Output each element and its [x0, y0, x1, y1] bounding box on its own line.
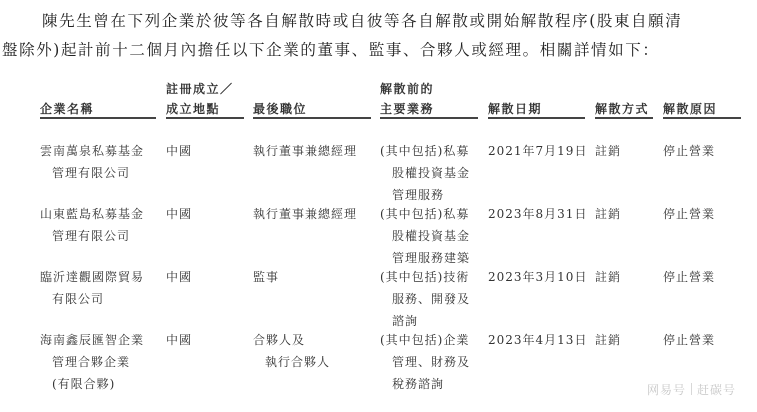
place: 中國	[166, 266, 192, 288]
header-dissolution-date: 解散日期	[488, 100, 542, 117]
dissolution-method: 註銷	[595, 266, 621, 288]
header-underline	[40, 117, 156, 119]
last-position: 執行董事兼總經理	[253, 140, 357, 162]
watermark-account: 赶碳号	[697, 383, 736, 397]
header-underline	[380, 117, 478, 119]
place: 中國	[166, 203, 192, 225]
last-position: 執行董事兼總經理	[253, 203, 357, 225]
dissolution-method: 註銷	[595, 140, 621, 162]
dissolution-method: 註銷	[595, 203, 621, 225]
principal-business: (其中包括)技術 服務、開發及 諮詢	[380, 266, 470, 332]
watermark-divider	[691, 383, 692, 395]
principal-business: (其中包括)企業 管理、財務及 稅務諮詢	[380, 329, 470, 395]
company-name: 海南鑫辰匯智企業 管理合夥企業 (有限合夥)	[40, 329, 144, 395]
company-name: 臨沂達觀國際貿易 有限公司	[40, 266, 144, 310]
dissolution-date: 2021年7月19日	[488, 140, 587, 162]
company-name: 山東藍島私募基金 管理有限公司	[40, 203, 144, 247]
header-underline	[166, 117, 244, 119]
intro-line-2: 盤除外)起計前十二個月內擔任以下企業的董事、監事、合夥人或經理。相關詳情如下：	[2, 35, 659, 65]
header-underline	[253, 117, 371, 119]
place: 中國	[166, 140, 192, 162]
principal-business: (其中包括)私募 股權投資基金 管理服務	[380, 140, 470, 206]
dissolution-reason: 停止營業	[663, 266, 715, 288]
header-underline	[663, 117, 741, 119]
dissolution-date: 2023年4月13日	[488, 329, 587, 351]
header-dissolution-reason: 解散原因	[663, 100, 717, 117]
header-place: 成立地點	[166, 100, 220, 117]
header-underline	[595, 117, 653, 119]
watermark-source: 网易号	[647, 383, 686, 397]
place: 中國	[166, 329, 192, 351]
dissolution-method: 註銷	[595, 329, 621, 351]
header-col4-line1: 解散前的	[380, 80, 434, 97]
header-company-name: 企業名稱	[40, 100, 94, 117]
header-business: 主要業務	[380, 100, 434, 117]
header-col2-line1: 註冊成立／	[166, 80, 234, 97]
principal-business: (其中包括)私募 股權投資基金 管理服務建築	[380, 203, 470, 269]
dissolution-reason: 停止營業	[663, 203, 715, 225]
company-name: 雲南萬泉私募基金 管理有限公司	[40, 140, 144, 184]
last-position: 監事	[253, 266, 279, 288]
last-position: 合夥人及 執行合夥人	[253, 329, 330, 373]
dissolution-reason: 停止營業	[663, 140, 715, 162]
watermark: 网易号赶碳号	[647, 381, 736, 398]
header-last-position: 最後職位	[253, 100, 307, 117]
dissolution-date: 2023年8月31日	[488, 203, 587, 225]
header-underline	[488, 117, 585, 119]
header-dissolution-method: 解散方式	[595, 100, 649, 117]
dissolution-reason: 停止營業	[663, 329, 715, 351]
dissolution-date: 2023年3月10日	[488, 266, 587, 288]
intro-line-1: 陳先生曾在下列企業於彼等各自解散時或自彼等各自解散或開始解散程序(股東自願清	[42, 6, 682, 36]
